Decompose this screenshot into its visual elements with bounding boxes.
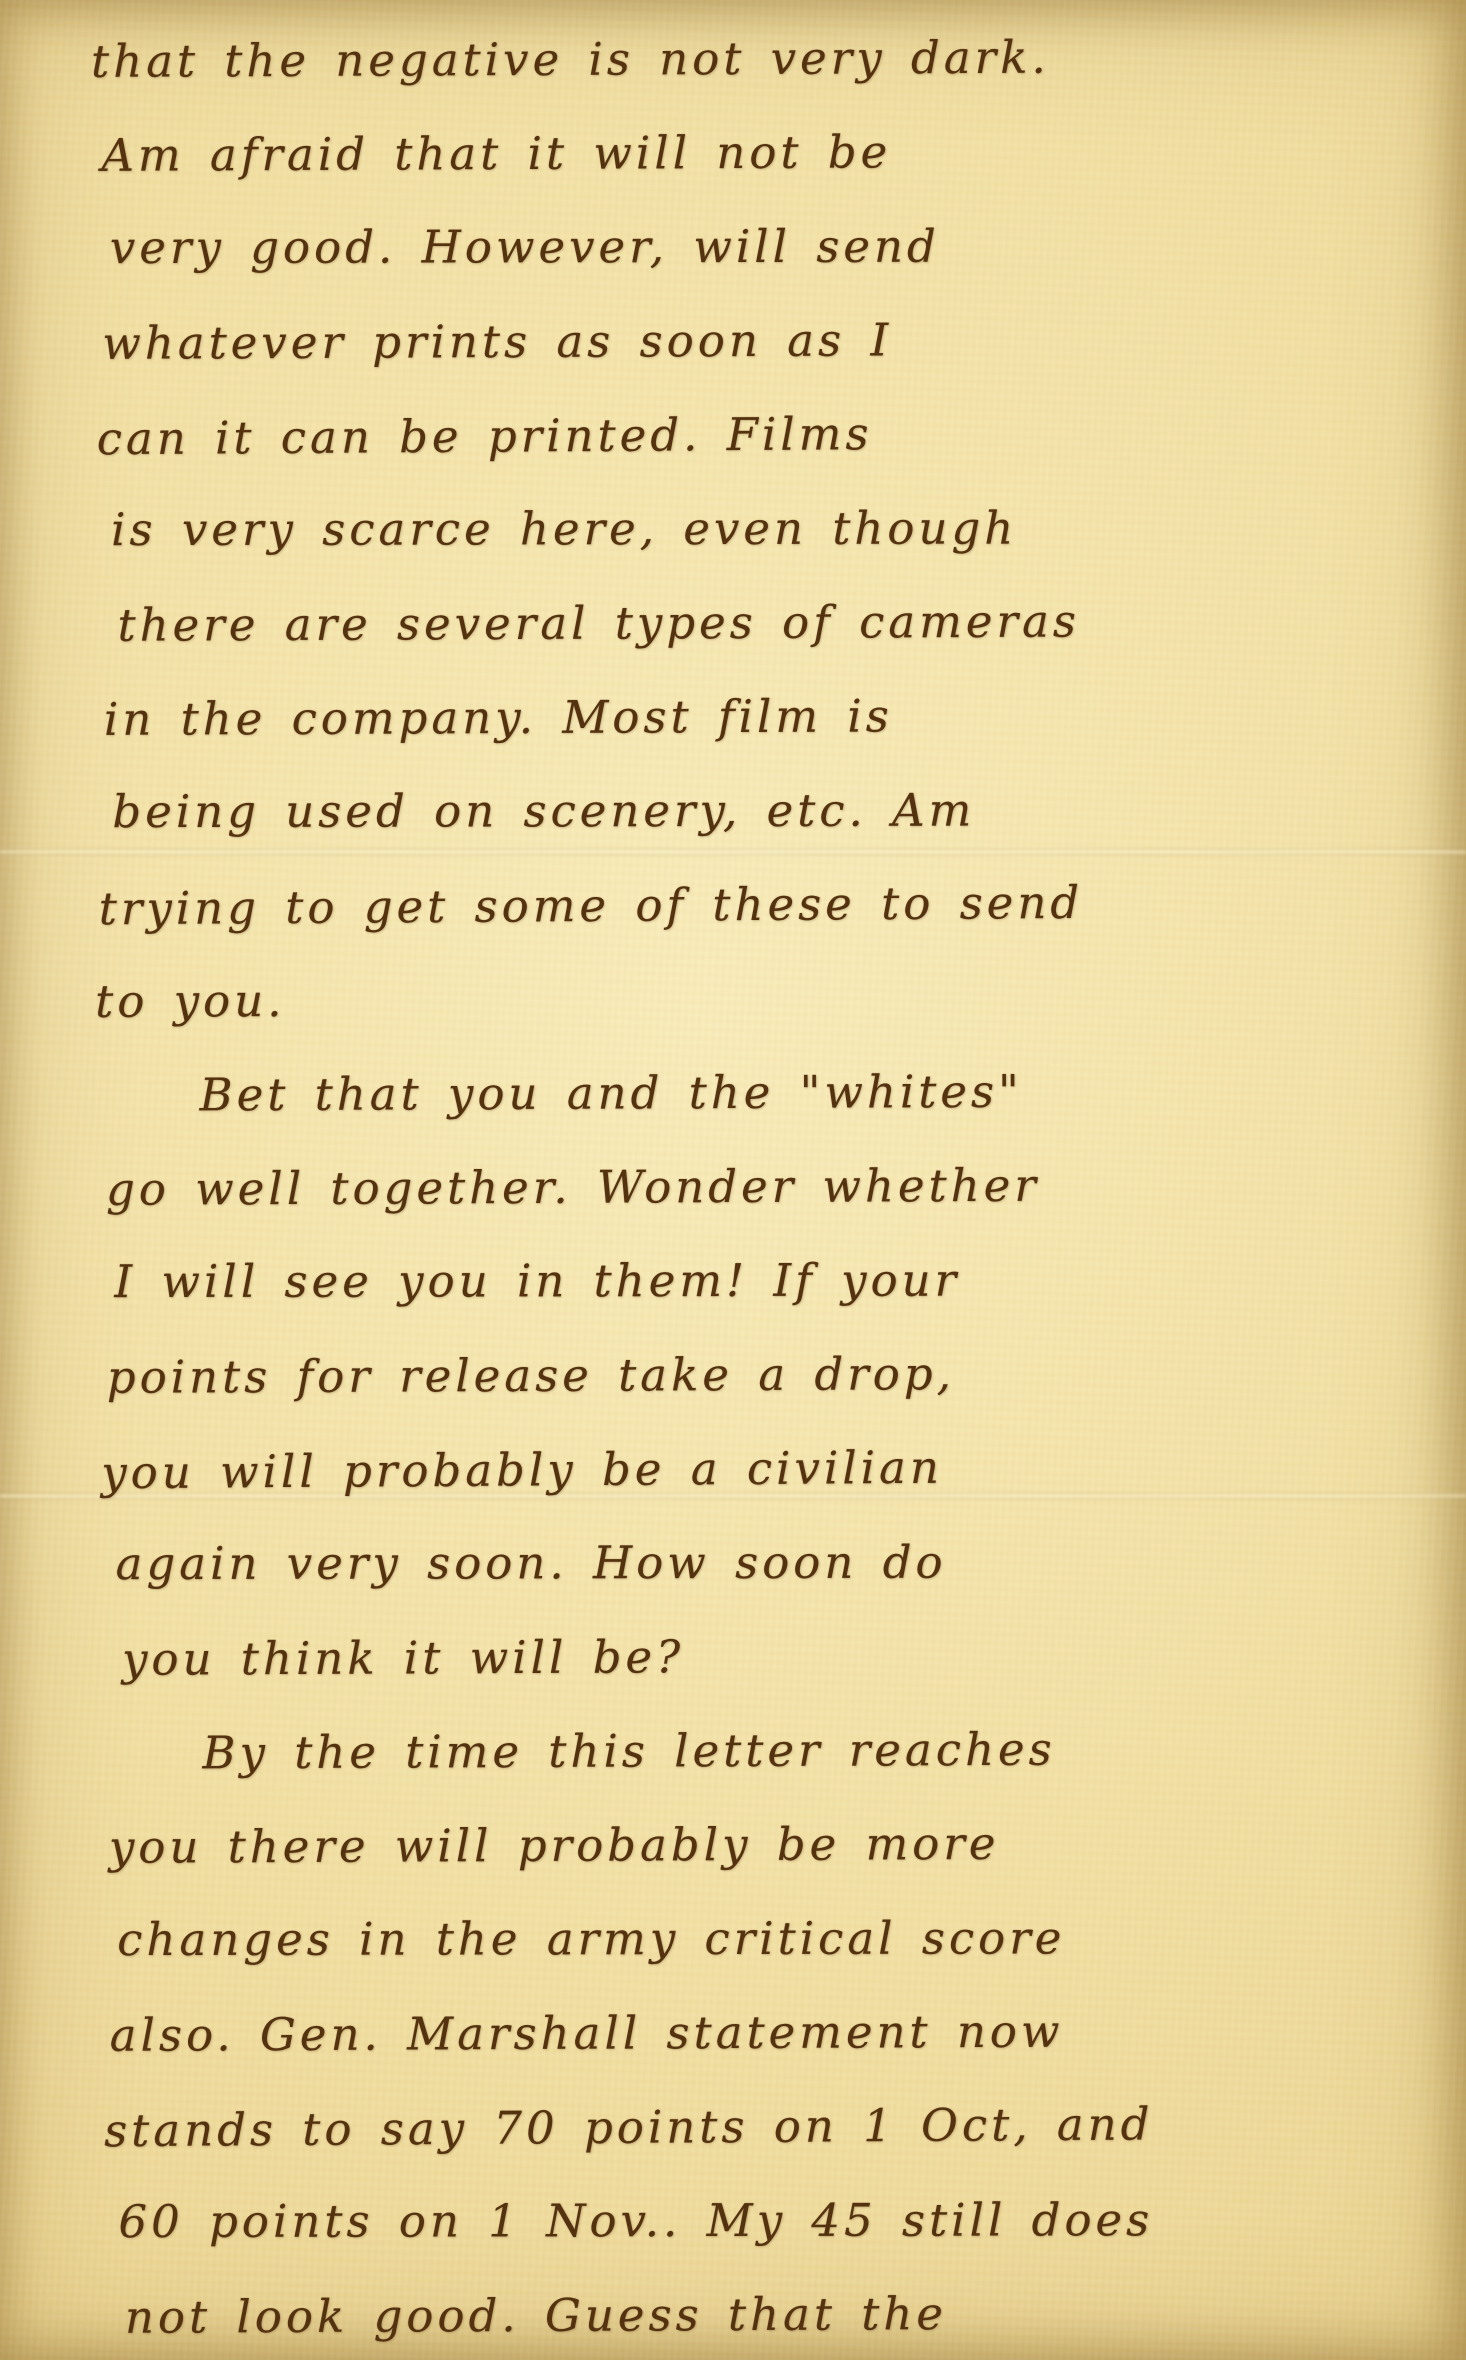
letter-paper: that the negative is not very dark. Am a… <box>0 0 1466 2360</box>
paragraph-1: that the negative is not very dark. Am a… <box>91 9 1405 1049</box>
paragraph-2: Bet that you and the "whites" go well to… <box>95 1043 1408 1707</box>
letter-line: very good. However, will send <box>110 199 1402 295</box>
letter-line: changes in the army critical score <box>117 1891 1409 1987</box>
letter-line: whatever prints as soon as I <box>102 291 1402 391</box>
letter-line: there are several types of cameras <box>117 573 1403 673</box>
letter-line: trying to get some of these to send <box>98 854 1405 956</box>
letter-line: can it can be printed. Films <box>96 384 1403 486</box>
letter-line: I will see you in them! If your <box>114 1233 1406 1329</box>
letter-line: also. Gen. Marshall statement now <box>109 1983 1409 2083</box>
letter-body: that the negative is not very dark. Am a… <box>91 9 1411 2360</box>
letter-line: you there will probably be more <box>109 1795 1409 1895</box>
letter-line: Bet that you and the "whites" <box>95 1043 1405 1143</box>
letter-line: again very soon. How soon do <box>116 1515 1408 1611</box>
letter-line: stands to say 70 points on 1 Oct, and <box>104 2076 1411 2178</box>
letter-line: go well together. Wonder whether <box>106 1137 1406 1237</box>
paragraph-3: By the time this letter reaches you ther… <box>98 1701 1411 2360</box>
letter-line: being used on scenery, etc. Am <box>112 763 1404 859</box>
letter-line: By the time this letter reaches <box>98 1701 1408 1801</box>
letter-line: 60 points on 1 Nov.. My 45 still does <box>118 2173 1410 2269</box>
letter-line: points for release take a drop, <box>107 1325 1407 1425</box>
letter-line: to you. <box>95 949 1405 1049</box>
letter-line: Am afraid that it will not be <box>101 103 1401 203</box>
letter-line: you will probably be a civilian <box>101 1418 1408 1520</box>
letter-line: you think it will be? <box>122 1607 1408 1707</box>
letter-line: is very scarce here, even though <box>111 481 1403 577</box>
letter-line: that the negative is not very dark. <box>91 9 1401 109</box>
letter-line: in the company. Most film is <box>104 667 1404 767</box>
letter-line: not look good. Guess that the <box>125 2265 1411 2360</box>
